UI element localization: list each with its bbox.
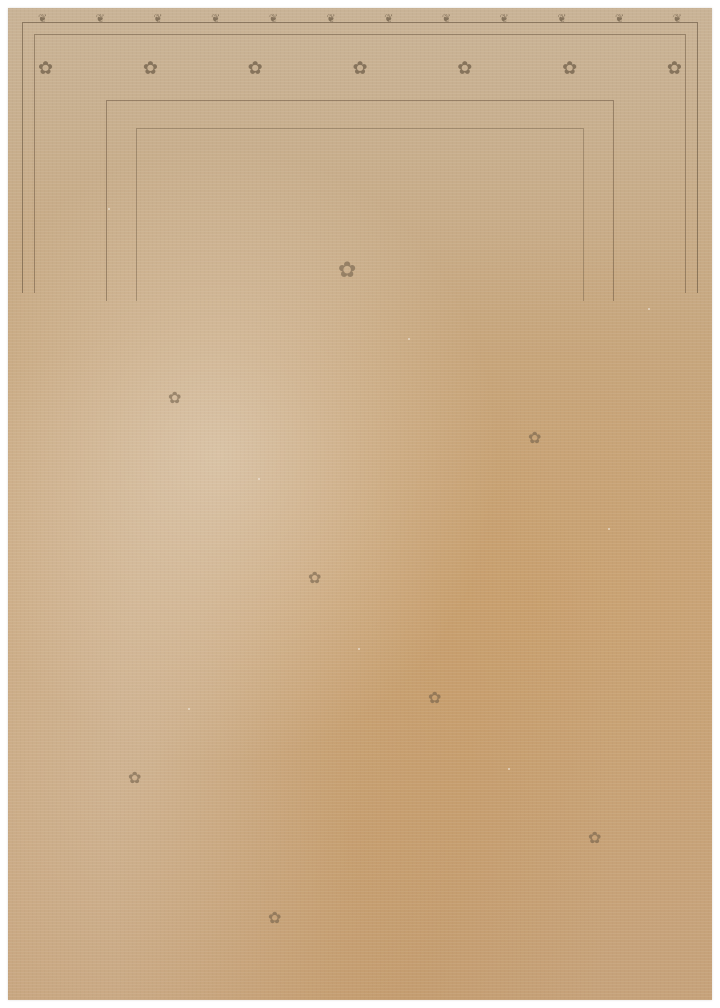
border-motif: ❦	[384, 12, 393, 25]
rosette-motif: ✿	[562, 58, 577, 79]
rug-top-guard-motifs: ❦ ❦ ❦ ❦ ❦ ❦ ❦ ❦ ❦ ❦ ❦ ❦	[38, 12, 682, 25]
field-motif: ✿	[308, 568, 321, 587]
rug-field-frame-inner	[136, 128, 584, 301]
rosette-motif: ✿	[38, 58, 53, 79]
field-motif: ✿	[168, 388, 181, 407]
field-motif: ✿	[528, 428, 541, 447]
field-motif: ✿	[128, 768, 141, 787]
border-motif: ❦	[269, 12, 278, 25]
border-motif: ❦	[96, 12, 105, 25]
rosette-motif: ✿	[248, 58, 263, 79]
medallion-motif: ✿	[338, 258, 356, 283]
border-motif: ❦	[557, 12, 566, 25]
rosette-motif: ✿	[667, 58, 682, 79]
border-motif: ❦	[615, 12, 624, 25]
rosette-motif: ✿	[352, 58, 367, 79]
field-motif: ✿	[428, 688, 441, 707]
rug-main-border-motifs: ✿ ✿ ✿ ✿ ✿ ✿ ✿	[38, 58, 682, 79]
border-motif: ❦	[38, 12, 47, 25]
rug: ❦ ❦ ❦ ❦ ❦ ❦ ❦ ❦ ❦ ❦ ❦ ❦ ✿ ✿ ✿ ✿ ✿ ✿ ✿ ✿ …	[8, 8, 712, 1000]
field-motif: ✿	[588, 828, 601, 847]
border-motif: ❦	[673, 12, 682, 25]
border-motif: ❦	[327, 12, 336, 25]
rosette-motif: ✿	[457, 58, 472, 79]
border-motif: ❦	[211, 12, 220, 25]
border-motif: ❦	[153, 12, 162, 25]
border-motif: ❦	[500, 12, 509, 25]
field-motif: ✿	[268, 908, 281, 927]
border-motif: ❦	[442, 12, 451, 25]
rosette-motif: ✿	[143, 58, 158, 79]
